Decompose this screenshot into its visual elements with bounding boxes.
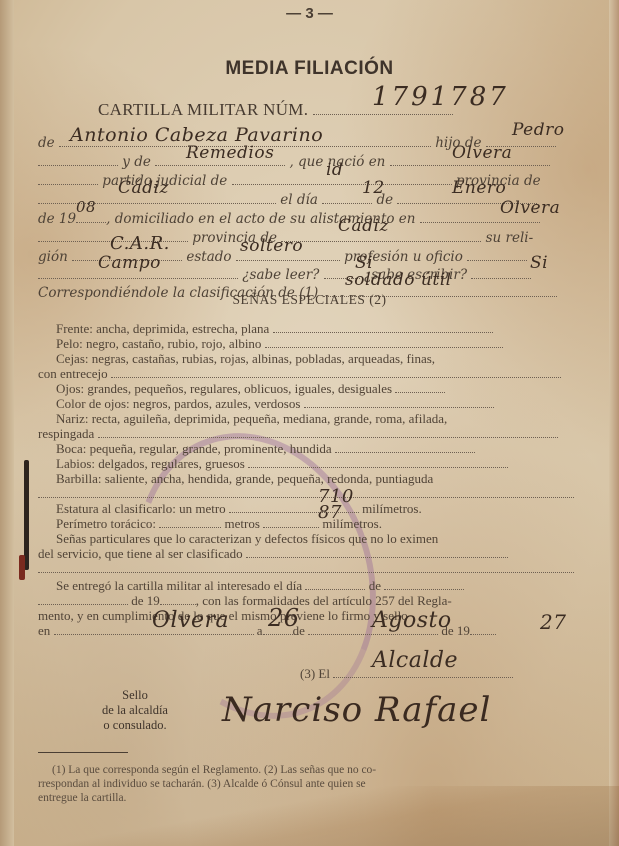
entrega-line-3: mento, y en cumplimiento de lo que el mi… — [38, 608, 574, 624]
cargo-value: Alcalde — [372, 648, 458, 673]
sena-color-ojos: Color de ojos: negros, pardos, azules, v… — [38, 396, 574, 412]
sena-text: Labios: delgados, regulares, gruesos — [56, 456, 245, 471]
document-page: — 3 — MEDIA FILIACIÓN CARTILLA MILITAR N… — [0, 0, 619, 846]
father-name: Pedro — [512, 120, 564, 140]
page-number: — 3 — — [0, 5, 619, 22]
entrega-year-field — [160, 594, 196, 605]
estatura-line: Estatura al clasificarlo: un metro milím… — [38, 501, 574, 517]
sena-nariz: Nariz: recta, aguileña, deprimida, peque… — [38, 411, 574, 427]
label: el día — [280, 192, 318, 208]
label: de — [369, 578, 381, 593]
sena-barbilla: Barbilla: saliente, ancha, hendida, gran… — [38, 471, 574, 487]
entrega-line-2: de 19, con las formalidades del artículo… — [38, 593, 574, 609]
particulares-field — [246, 547, 508, 558]
sena-field — [248, 457, 508, 468]
label: Estatura al clasificarlo: un metro — [56, 501, 226, 516]
write-field — [471, 266, 531, 279]
label: su reli- — [486, 230, 534, 246]
particulares-field — [38, 562, 574, 573]
label: Se entregó la cartilla militar al intere… — [56, 578, 302, 593]
signature: Narciso Rafael — [222, 690, 491, 730]
sello-line: Sello — [70, 688, 200, 703]
sena-field — [395, 382, 445, 393]
domicile-line: de 19, domiciliado en el acto de su alis… — [38, 210, 578, 228]
entrega-day: 26 — [268, 604, 300, 632]
birth-year: 08 — [76, 198, 96, 216]
sena-field — [265, 337, 503, 348]
footnote-1: (1) La que corresponda según el Reglamen… — [38, 764, 597, 777]
label: de 19 — [131, 593, 160, 608]
cartilla-number: 1791787 — [372, 82, 509, 112]
sena-text: Barbilla: saliente, ancha, hendida, gran… — [56, 471, 433, 486]
profession-value: Campo — [98, 253, 161, 273]
label: en — [38, 623, 50, 638]
section-heading: SEÑAS ESPECIALES (2) — [0, 292, 619, 308]
birth-day: 12 — [362, 178, 385, 198]
sena-frente: Frente: ancha, deprimida, estrecha, plan… — [38, 321, 574, 337]
perimetro-line: Perímetro torácico: metros milímetros. — [38, 516, 574, 532]
entrega-line-1: Se entregó la cartilla militar al intere… — [38, 578, 574, 594]
label: Perímetro torácico: — [56, 516, 156, 531]
sena-text: Cejas: negras, castañas, rubias, rojas, … — [56, 351, 435, 366]
blank — [38, 153, 118, 166]
blank — [38, 594, 128, 605]
entrega-day-field — [305, 579, 365, 590]
sena-field — [304, 397, 494, 408]
sena-labios: Labios: delgados, regulares, gruesos — [38, 456, 574, 472]
sena-barbilla-cont — [38, 486, 574, 502]
sena-cejas-cont: con entrecejo — [38, 366, 574, 382]
sena-text: respingada — [38, 426, 94, 441]
label: estado — [186, 249, 231, 265]
domicile-value: Olvera — [500, 198, 560, 218]
label: Señas particulares que lo caracterizan y… — [56, 531, 438, 546]
domicile-province: Cádiz — [338, 216, 389, 236]
sena-boca: Boca: pequeña, regular, grande, prominen… — [38, 441, 574, 457]
ink-mark — [24, 460, 29, 570]
marital-status: soltero — [240, 236, 303, 256]
year-field — [470, 624, 496, 635]
profession-field — [467, 248, 527, 261]
sena-text: Ojos: grandes, pequeños, regulares, obli… — [56, 381, 392, 396]
page-title: MEDIA FILIACIÓN — [0, 58, 619, 80]
sena-field — [38, 487, 574, 498]
particulares-blank — [38, 561, 574, 577]
paper-edge-left — [0, 0, 14, 846]
entrega-month-field — [384, 579, 464, 590]
sena-field — [335, 442, 475, 453]
birth-month: Enero — [452, 178, 506, 198]
partido-value: id — [326, 160, 343, 180]
sena-pelo: Pelo: negro, castaño, rubio, rojo, albin… — [38, 336, 574, 352]
perimetro-field — [263, 517, 319, 528]
particulares-cont: del servicio, que tiene al ser clasifica… — [38, 546, 574, 562]
sena-text: Nariz: recta, aguileña, deprimida, peque… — [56, 411, 447, 426]
footnote-3: entregue la cartilla. — [38, 792, 583, 805]
sena-field — [273, 322, 493, 333]
blank — [38, 172, 98, 185]
sena-text: Pelo: negro, castaño, rubio, rojo, albin… — [56, 336, 261, 351]
footnote-2: rrespondan al individuo se tacharán. (3)… — [38, 778, 583, 791]
footnote-rule — [38, 752, 128, 753]
religion-value: C.A.R. — [110, 233, 170, 254]
birth-province: Cádiz — [118, 178, 169, 198]
perimetro-metros-field — [159, 517, 221, 528]
sena-field — [98, 427, 558, 438]
sena-text: con entrecejo — [38, 366, 108, 381]
label: , con las formalidades del artículo 257 … — [196, 593, 452, 608]
label: gión — [38, 249, 68, 265]
label: del servicio, que tiene al ser clasifica… — [38, 546, 243, 561]
write-value: Si — [530, 253, 548, 273]
label: de — [38, 135, 55, 151]
sello-label: Sello de la alcaldía o consulado. — [70, 688, 200, 733]
sena-field — [111, 367, 561, 378]
sena-ojos: Ojos: grandes, pequeños, regulares, obli… — [38, 381, 574, 397]
classification-value: soldado útil — [345, 270, 452, 290]
perimetro-value: 87 — [318, 502, 342, 523]
entrega-year: 27 — [540, 610, 566, 634]
particulares-line: Señas particulares que lo caracterizan y… — [38, 531, 574, 547]
sena-cejas: Cejas: negras, castañas, rubias, rojas, … — [38, 351, 574, 367]
paper-edge-right — [609, 0, 619, 846]
label: metros — [225, 516, 260, 531]
entrega-place: Olvera — [152, 608, 229, 633]
label: (3) El — [300, 666, 330, 681]
sena-text: Frente: ancha, deprimida, estrecha, plan… — [56, 321, 269, 336]
cartilla-label: CARTILLA MILITAR NÚM. — [98, 100, 308, 119]
label: de 19 — [38, 211, 76, 227]
mother-name: Remedios — [186, 143, 274, 163]
label: y de — [122, 154, 151, 170]
birthplace: Olvera — [452, 143, 512, 163]
sena-text: Color de ojos: negros, pardos, azules, v… — [56, 396, 300, 411]
sena-nariz-cont: respingada — [38, 426, 574, 442]
ink-mark-red — [19, 555, 25, 580]
entrega-month: Agosto — [372, 608, 452, 633]
label: ¿sabe leer? — [242, 267, 319, 283]
entrega-line-4: en ade de 19 — [38, 623, 574, 639]
label: milímetros. — [362, 501, 422, 516]
sello-line: o consulado. — [70, 718, 200, 733]
sena-text: Boca: pequeña, regular, grande, prominen… — [56, 441, 332, 456]
sello-line: de la alcaldía — [70, 703, 200, 718]
